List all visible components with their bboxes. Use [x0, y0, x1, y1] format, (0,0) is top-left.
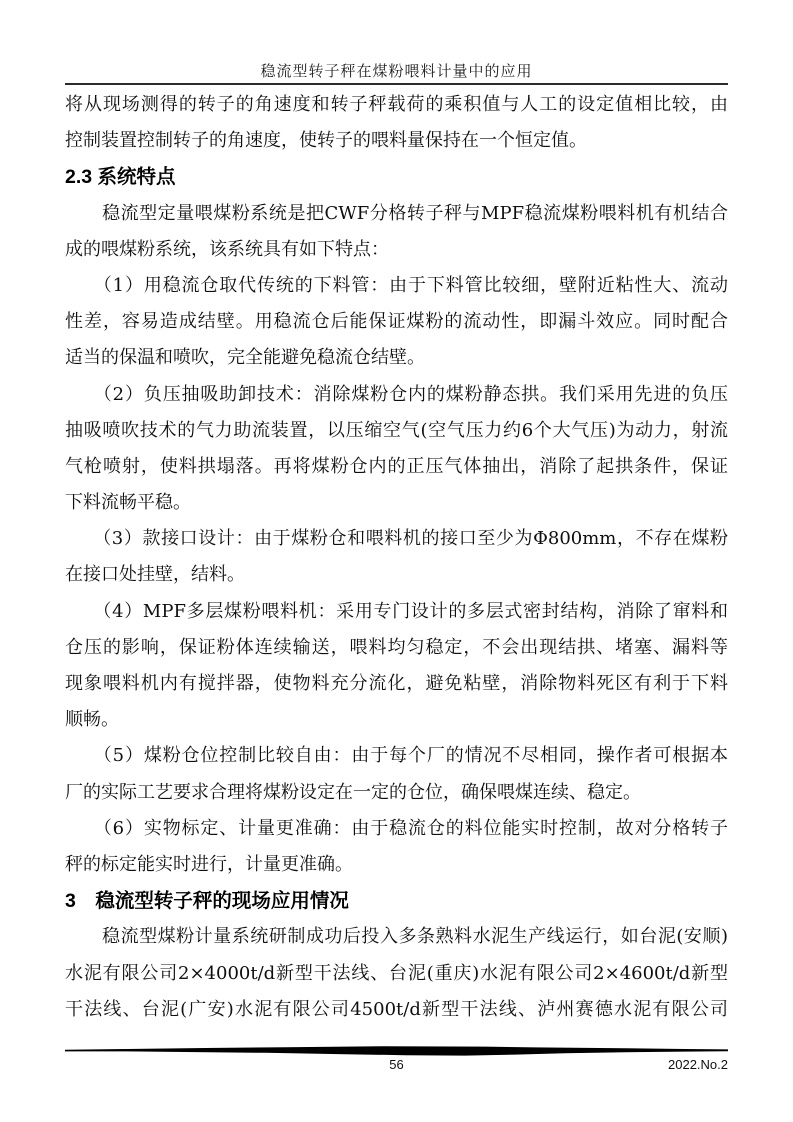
text-line: （4）MPF多层煤粉喂料机：采用专门设计的多层式密封结构，消除了窜料和	[65, 594, 728, 630]
paragraph: （3）款接口设计：由于煤粉仓和喂料机的接口至少为Φ800mm，不存在煤粉在接口处…	[65, 521, 728, 593]
page-number: 56	[65, 1057, 728, 1072]
header-rule	[65, 83, 728, 85]
paragraph: 将从现场测得的转子的角速度和转子秤载荷的乘积值与人工的设定值相比较，由控制装置控…	[65, 87, 728, 159]
text-line: 控制装置控制转子的角速度，使转子的喂料量保持在一个恒定值。	[65, 123, 728, 159]
running-header-title: 稳流型转子秤在煤粉喂料计量中的应用	[65, 60, 728, 81]
document-page: 稳流型转子秤在煤粉喂料计量中的应用 将从现场测得的转子的角速度和转子秤载荷的乘积…	[0, 0, 793, 1122]
text-line: 稳流型煤粉计量系统研制成功后投入多条熟料水泥生产线运行，如台泥(安顺)	[65, 919, 728, 955]
paragraph: 稳流型定量喂煤粉系统是把CWF分格转子秤与MPF稳流煤粉喂料机有机结合组成的喂煤…	[65, 196, 728, 268]
heading-line: 2.3 系统特点	[65, 159, 728, 195]
paragraph: 稳流型煤粉计量系统研制成功后投入多条熟料水泥生产线运行，如台泥(安顺)水泥有限公…	[65, 919, 728, 1028]
section-heading: 3 稳流型转子秤的现场应用情况	[65, 883, 728, 919]
text-line: 性差，容易造成结壁。用稳流仓后能保证煤粉的流动性，即漏斗效应。同时配合	[65, 304, 728, 340]
text-line: 气枪喷射，使料拱塌落。再将煤粉仓内的正压气体抽出，消除了起拱条件，保证	[65, 449, 728, 485]
text-line: 下料流畅平稳。	[65, 485, 728, 521]
text-line: 在接口处挂壁，结料。	[65, 557, 728, 593]
text-line: 成的喂煤粉系统，该系统具有如下特点：	[65, 232, 728, 268]
text-line: 干法线、台泥(广安)水泥有限公司4500t/d新型干法线、泸州赛德水泥有限公司	[65, 992, 728, 1028]
text-line: （2）负压抽吸助卸技术：消除煤粉仓内的煤粉静态拱。我们采用先进的负压	[65, 377, 728, 413]
text-line: 秤的标定能实时进行，计量更准确。	[65, 847, 728, 883]
text-line: 将从现场测得的转子的角速度和转子秤载荷的乘积值与人工的设定值相比较，由	[65, 87, 728, 123]
paragraph: （2）负压抽吸助卸技术：消除煤粉仓内的煤粉静态拱。我们采用先进的负压抽吸喷吹技术…	[65, 377, 728, 522]
paragraph: （4）MPF多层煤粉喂料机：采用专门设计的多层式密封结构，消除了窜料和仓压的影响…	[65, 594, 728, 739]
text-line: 厂的实际工艺要求合理将煤粉设定在一定的仓位，确保喂煤连续、稳定。	[65, 775, 728, 811]
paragraph: （6）实物标定、计量更准确：由于稳流仓的料位能实时控制，故对分格转子秤的标定能实…	[65, 811, 728, 883]
issue-label: 2022.No.2	[668, 1057, 728, 1072]
text-line: 现象喂料机内有搅拌器，使物料充分流化，避免粘壁，消除物料死区有利于下料	[65, 666, 728, 702]
text-line: 适当的保温和喷吹，完全能避免稳流仓结壁。	[65, 340, 728, 376]
document-body: 将从现场测得的转子的角速度和转子秤载荷的乘积值与人工的设定值相比较，由控制装置控…	[65, 87, 728, 1028]
footer: 56 2022.No.2	[65, 1057, 728, 1074]
text-line: 抽吸喷吹技术的气力助流装置，以压缩空气(空气压力约6个大气压)为动力，射流	[65, 413, 728, 449]
text-line: （6）实物标定、计量更准确：由于稳流仓的料位能实时控制，故对分格转子	[65, 811, 728, 847]
text-line: 稳流型定量喂煤粉系统是把CWF分格转子秤与MPF稳流煤粉喂料机有机结合组	[65, 196, 728, 232]
text-line: 水泥有限公司2×4000t/d新型干法线、台泥(重庆)水泥有限公司2×4600t…	[65, 956, 728, 992]
paragraph: （1）用稳流仓取代传统的下料管：由于下料管比较细，壁附近粘性大、流动性差，容易造…	[65, 268, 728, 377]
section-heading: 2.3 系统特点	[65, 159, 728, 195]
heading-line: 3 稳流型转子秤的现场应用情况	[65, 883, 728, 919]
text-line: （1）用稳流仓取代传统的下料管：由于下料管比较细，壁附近粘性大、流动	[65, 268, 728, 304]
text-line: （3）款接口设计：由于煤粉仓和喂料机的接口至少为Φ800mm，不存在煤粉	[65, 521, 728, 557]
text-line: 仓压的影响，保证粉体连续输送，喂料均匀稳定，不会出现结拱、堵塞、漏料等	[65, 630, 728, 666]
text-line: （5）煤粉仓位控制比较自由：由于每个厂的情况不尽相同，操作者可根据本	[65, 738, 728, 774]
paragraph: （5）煤粉仓位控制比较自由：由于每个厂的情况不尽相同，操作者可根据本厂的实际工艺…	[65, 738, 728, 810]
text-line: 顺畅。	[65, 702, 728, 738]
